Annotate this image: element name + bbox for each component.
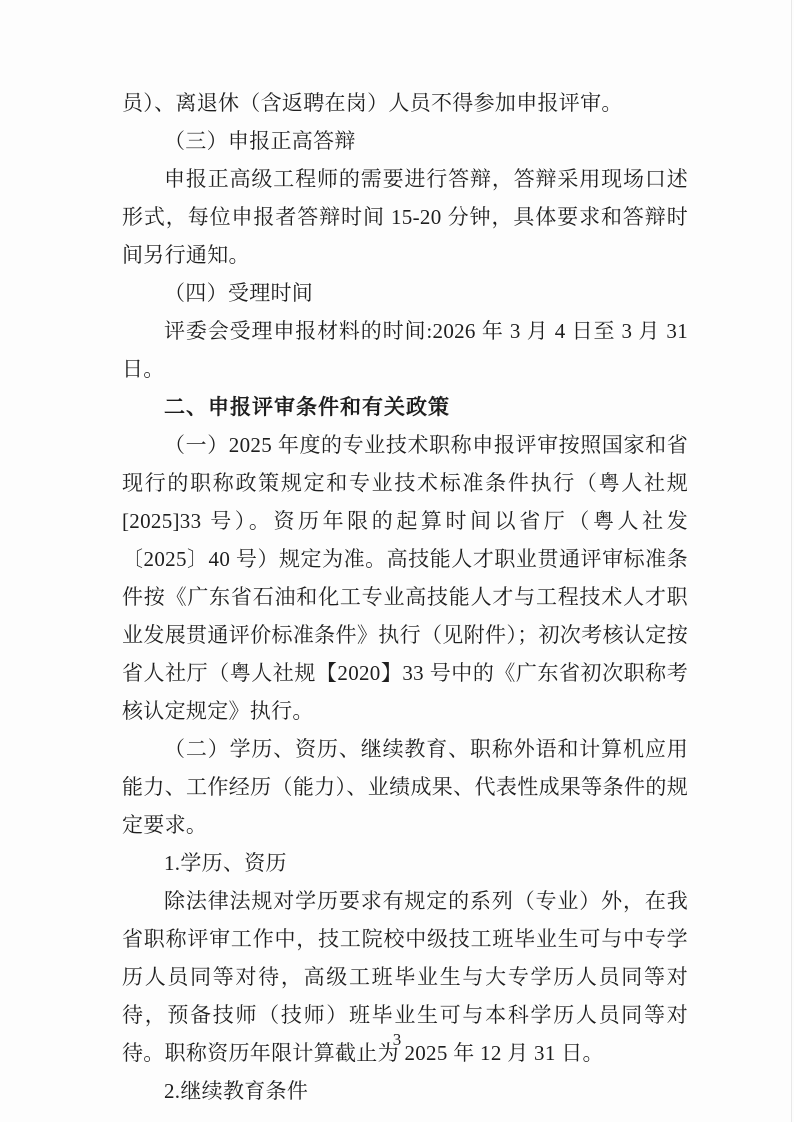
- paragraph-policy-basis: （一）2025 年度的专业技术职称申报评审按照国家和省现行的职称政策规定和专业技…: [122, 426, 688, 730]
- heading-section-3: （三）申报正高答辩: [122, 122, 688, 160]
- document-body: 员）、离退休（含返聘在岗）人员不得参加申报评审。 （三）申报正高答辩 申报正高级…: [122, 84, 688, 1110]
- heading-item-2-continuing-education: 2.继续教育条件: [122, 1072, 688, 1110]
- page-number: 3: [0, 1028, 794, 1052]
- paragraph-acceptance-time: 评委会受理申报材料的时间:2026 年 3 月 4 日至 3 月 31 日。: [122, 312, 688, 388]
- paragraph-defense-details: 申报正高级工程师的需要进行答辩，答辩采用现场口述形式，每位申报者答辩时间 15-…: [122, 160, 688, 274]
- scan-edge-artifact: [791, 0, 792, 1122]
- heading-section-4: （四）受理时间: [122, 274, 688, 312]
- paragraph-continuation: 员）、离退休（含返聘在岗）人员不得参加申报评审。: [122, 84, 688, 122]
- paragraph-condition-summary: （二）学历、资历、继续教育、职称外语和计算机应用能力、工作经历（能力）、业绩成果…: [122, 730, 688, 844]
- heading-part-2: 二、申报评审条件和有关政策: [122, 388, 688, 426]
- document-page: 员）、离退休（含返聘在岗）人员不得参加申报评审。 （三）申报正高答辩 申报正高级…: [0, 0, 794, 1122]
- heading-item-1-education: 1.学历、资历: [122, 844, 688, 882]
